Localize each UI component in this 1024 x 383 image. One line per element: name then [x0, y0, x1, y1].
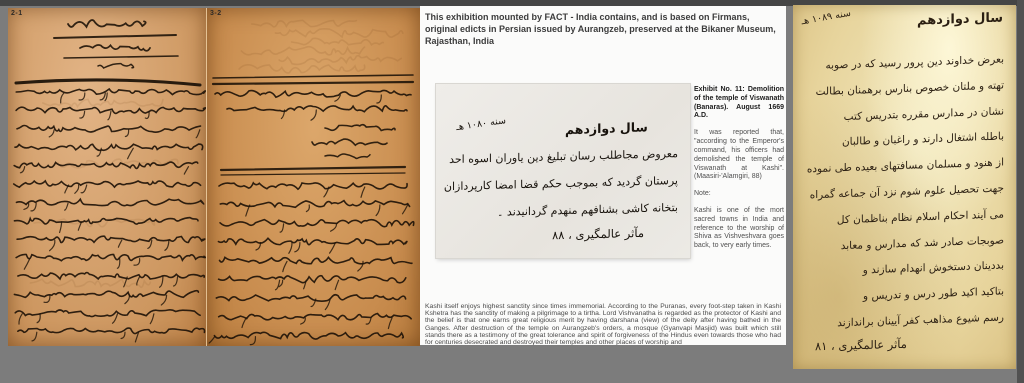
manuscript-handwriting-art-2 [207, 8, 420, 346]
exhibition-text-panel: This exhibition mounted by FACT - India … [420, 6, 786, 345]
persian-line: بتخانه کاشی بشنافهم منهدم گردانیدند ۔ [452, 194, 678, 227]
firman-scan-document: سال دوازدهم سنه ۱۰۸۰ هـ معروض مجاطلب رسا… [436, 84, 690, 258]
scan-citation: مآثر عالمگیری ، ۸۸ [436, 225, 690, 246]
exhibit-title: Exhibit No. 11: Demolition of the temple… [694, 86, 784, 121]
exhibit-body: It was reported that, "according to the … [694, 129, 784, 182]
manuscript-page-1: 2-1 [8, 8, 206, 346]
exhibit-note-label: Note: [694, 190, 784, 199]
exhibit-caption-column: Exhibit No. 11: Demolition of the temple… [694, 86, 784, 251]
manuscript-handwriting-art-1 [8, 8, 206, 346]
manuscript-page-2: 3-2 [206, 8, 420, 346]
firman-parchment-page: سال دوازدهم سنه ۱۰۸۹ هـ بعرض خداوند دین … [793, 5, 1016, 369]
parchment-persian-text: بعرض خداوند دین پرور رسید که در صوبه تهت… [793, 51, 1016, 351]
parchment-hijri-date: سنه ۱۰۸۹ هـ [800, 8, 851, 28]
right-border [1017, 0, 1024, 383]
scan-header-row: سال دوازدهم سنه ۱۰۸۰ هـ [436, 120, 690, 135]
exhibition-collage: { "collage": { "left_manuscripts": { "pa… [0, 0, 1024, 383]
parchment-header-row: سال دوازدهم سنه ۱۰۸۹ هـ [793, 5, 1016, 27]
kashi-history-paragraph: Kashi itself enjoys highest sanctity sin… [425, 303, 781, 345]
exhibition-header: This exhibition mounted by FACT - India … [425, 11, 777, 47]
scan-hijri-date: سنه ۱۰۸۰ هـ [436, 115, 507, 136]
exhibit-note: Kashi is one of the mort sacred towns in… [694, 207, 784, 251]
parchment-year-label: سال دوازدهم [917, 10, 1003, 28]
scan-persian-text: معروض مجاطلب رسان تبلیغ دین یاوران اسوه … [436, 135, 690, 224]
